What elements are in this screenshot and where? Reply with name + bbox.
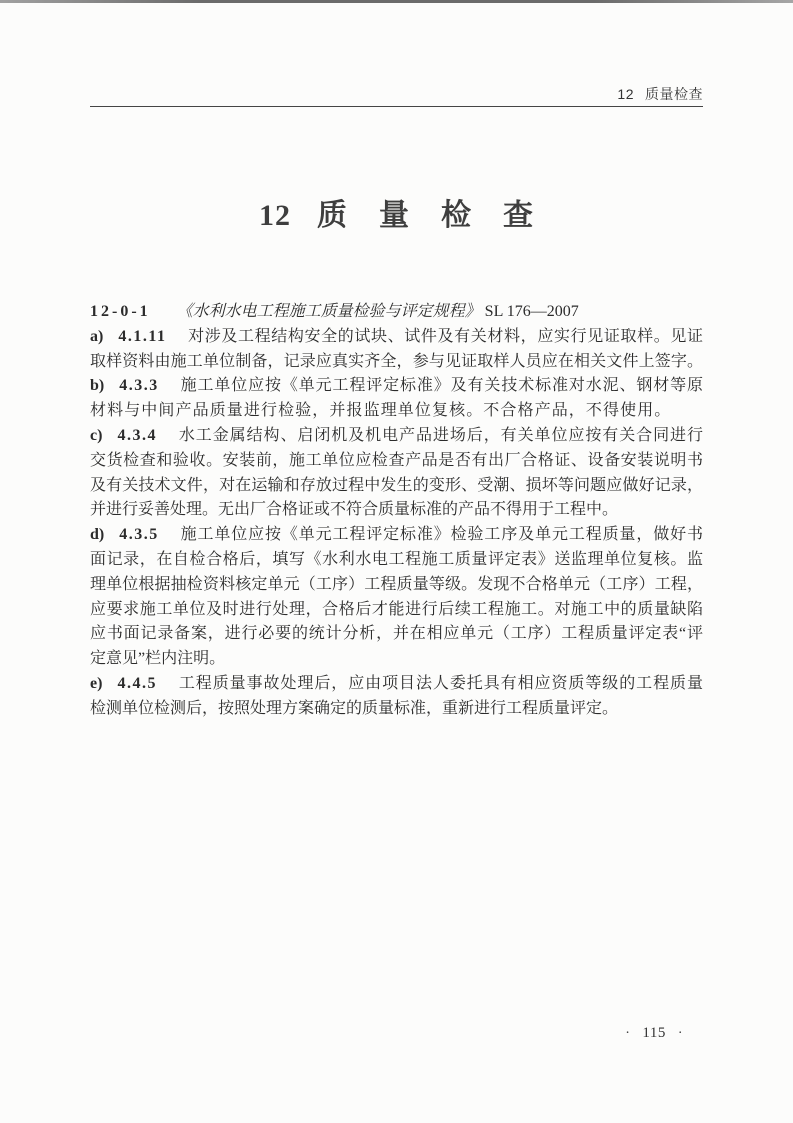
clause-number-c: 4.3.4	[117, 427, 157, 444]
clause-number-a: 4.1.11	[118, 328, 166, 345]
text-line: 取样资料由施工单位制备，记录应真实齐全，参与见证取样人员应在相关文件上签字。	[90, 350, 703, 375]
clause-ref-label: 12-0-1	[90, 303, 151, 320]
header-rule	[90, 106, 703, 107]
clause-number-b: 4.3.3	[119, 377, 159, 394]
text-line: 并进行妥善处理。无出厂合格证或不符合质量标准的产品不得用于工程中。	[90, 498, 703, 523]
paragraph-d: d)4.3.5施工单位应按《单元工程评定标准》检验工序及单元工程质量，做好书 面…	[90, 523, 703, 672]
footer-right-dot: ·	[678, 1026, 683, 1041]
chapter-title-number: 12	[259, 199, 291, 232]
clause-number-e: 4.4.5	[117, 675, 157, 692]
running-header-chapter-number: 12	[617, 86, 634, 102]
running-header-chapter-title: 质量检查	[645, 86, 703, 102]
text-line: 交货检查和验收。安装前，施工单位应检查产品是否有出厂合格证、设备安装说明书	[90, 449, 703, 474]
text-line: 面记录，在自检合格后，填写《水利水电工程施工质量评定表》送监理单位复核。监	[90, 548, 703, 573]
reference-line: 12-0-1《水利水电工程施工质量检验与评定规程》SL 176—2007	[90, 300, 703, 325]
item-label-c: c)	[90, 427, 102, 444]
text-line: b)4.3.3施工单位应按《单元工程评定标准》及有关技术标准对水泥、钢材等原	[90, 374, 703, 399]
text-line: e)4.4.5工程质量事故处理后，应由项目法人委托具有相应资质等级的工程质量	[90, 672, 703, 697]
text-line: 检测单位检测后，按照处理方案确定的质量标准，重新进行工程质量评定。	[90, 697, 703, 722]
paragraph-reference: 12-0-1《水利水电工程施工质量检验与评定规程》SL 176—2007	[90, 300, 703, 325]
book-title: 《水利水电工程施工质量检验与评定规程》	[177, 303, 481, 320]
body-text: 12-0-1《水利水电工程施工质量检验与评定规程》SL 176—2007 a)4…	[90, 300, 703, 722]
text-line: a)4.1.11对涉及工程结构安全的试块、试件及有关材料，应实行见证取样。见证	[90, 325, 703, 350]
chapter-title-text: 质 量 检 查	[317, 199, 534, 232]
text-line: 应书面记录备案，进行必要的统计分析，并在相应单元（工序）工程质量评定表“评	[90, 622, 703, 647]
chapter-title: 12质 量 检 查	[90, 190, 703, 234]
footer-left-dot: ·	[625, 1026, 630, 1041]
paragraph-e: e)4.4.5工程质量事故处理后，应由项目法人委托具有相应资质等级的工程质量 检…	[90, 672, 703, 722]
standard-code: SL 176—2007	[485, 303, 579, 320]
scanned-book-page: 12质量检查 12质 量 检 查 12-0-1《水利水电工程施工质量检验与评定规…	[0, 0, 793, 1123]
text-line: 及有关技术文件，对在运输和存放过程中发生的变形、受潮、损坏等问题应做好记录，	[90, 474, 703, 499]
text-run: 工程质量事故处理后，应由项目法人委托具有相应资质等级的工程质量	[178, 675, 703, 692]
page-number: 115	[642, 1025, 665, 1041]
item-label-a: a)	[90, 328, 103, 345]
text-line: 定意见”栏内注明。	[90, 647, 703, 672]
text-line: c)4.3.4水工金属结构、启闭机及机电产品进场后，有关单位应按有关合同进行	[90, 424, 703, 449]
text-line: 理单位根据抽检资料核定单元（工序）工程质量等级。发现不合格单元（工序）工程，	[90, 573, 703, 598]
item-label-b: b)	[90, 377, 104, 394]
paragraph-b: b)4.3.3施工单位应按《单元工程评定标准》及有关技术标准对水泥、钢材等原 材…	[90, 374, 703, 424]
text-run: 施工单位应按《单元工程评定标准》检验工序及单元工程质量，做好书	[180, 526, 703, 543]
text-run: 水工金属结构、启闭机及机电产品进场后，有关单位应按有关合同进行	[178, 427, 703, 444]
clause-number-d: 4.3.5	[119, 526, 159, 543]
text-line: 应要求施工单位及时进行处理，合格后才能进行后续工程施工。对施工中的质量缺陷	[90, 598, 703, 623]
text-line: d)4.3.5施工单位应按《单元工程评定标准》检验工序及单元工程质量，做好书	[90, 523, 703, 548]
item-label-e: e)	[90, 675, 102, 692]
text-run: 施工单位应按《单元工程评定标准》及有关技术标准对水泥、钢材等原	[180, 377, 703, 394]
paragraph-c: c)4.3.4水工金属结构、启闭机及机电产品进场后，有关单位应按有关合同进行 交…	[90, 424, 703, 523]
running-header: 12质量检查	[90, 84, 703, 104]
item-label-d: d)	[90, 526, 104, 543]
text-run: 对涉及工程结构安全的试块、试件及有关材料，应实行见证取样。见证	[187, 328, 703, 345]
text-line: 材料与中间产品质量进行检验，并报监理单位复核。不合格产品，不得使用。	[90, 399, 703, 424]
scan-artifact-top-edge	[0, 0, 793, 3]
paragraph-a: a)4.1.11对涉及工程结构安全的试块、试件及有关材料，应实行见证取样。见证 …	[90, 325, 703, 375]
page-footer: ·115·	[625, 1025, 683, 1042]
